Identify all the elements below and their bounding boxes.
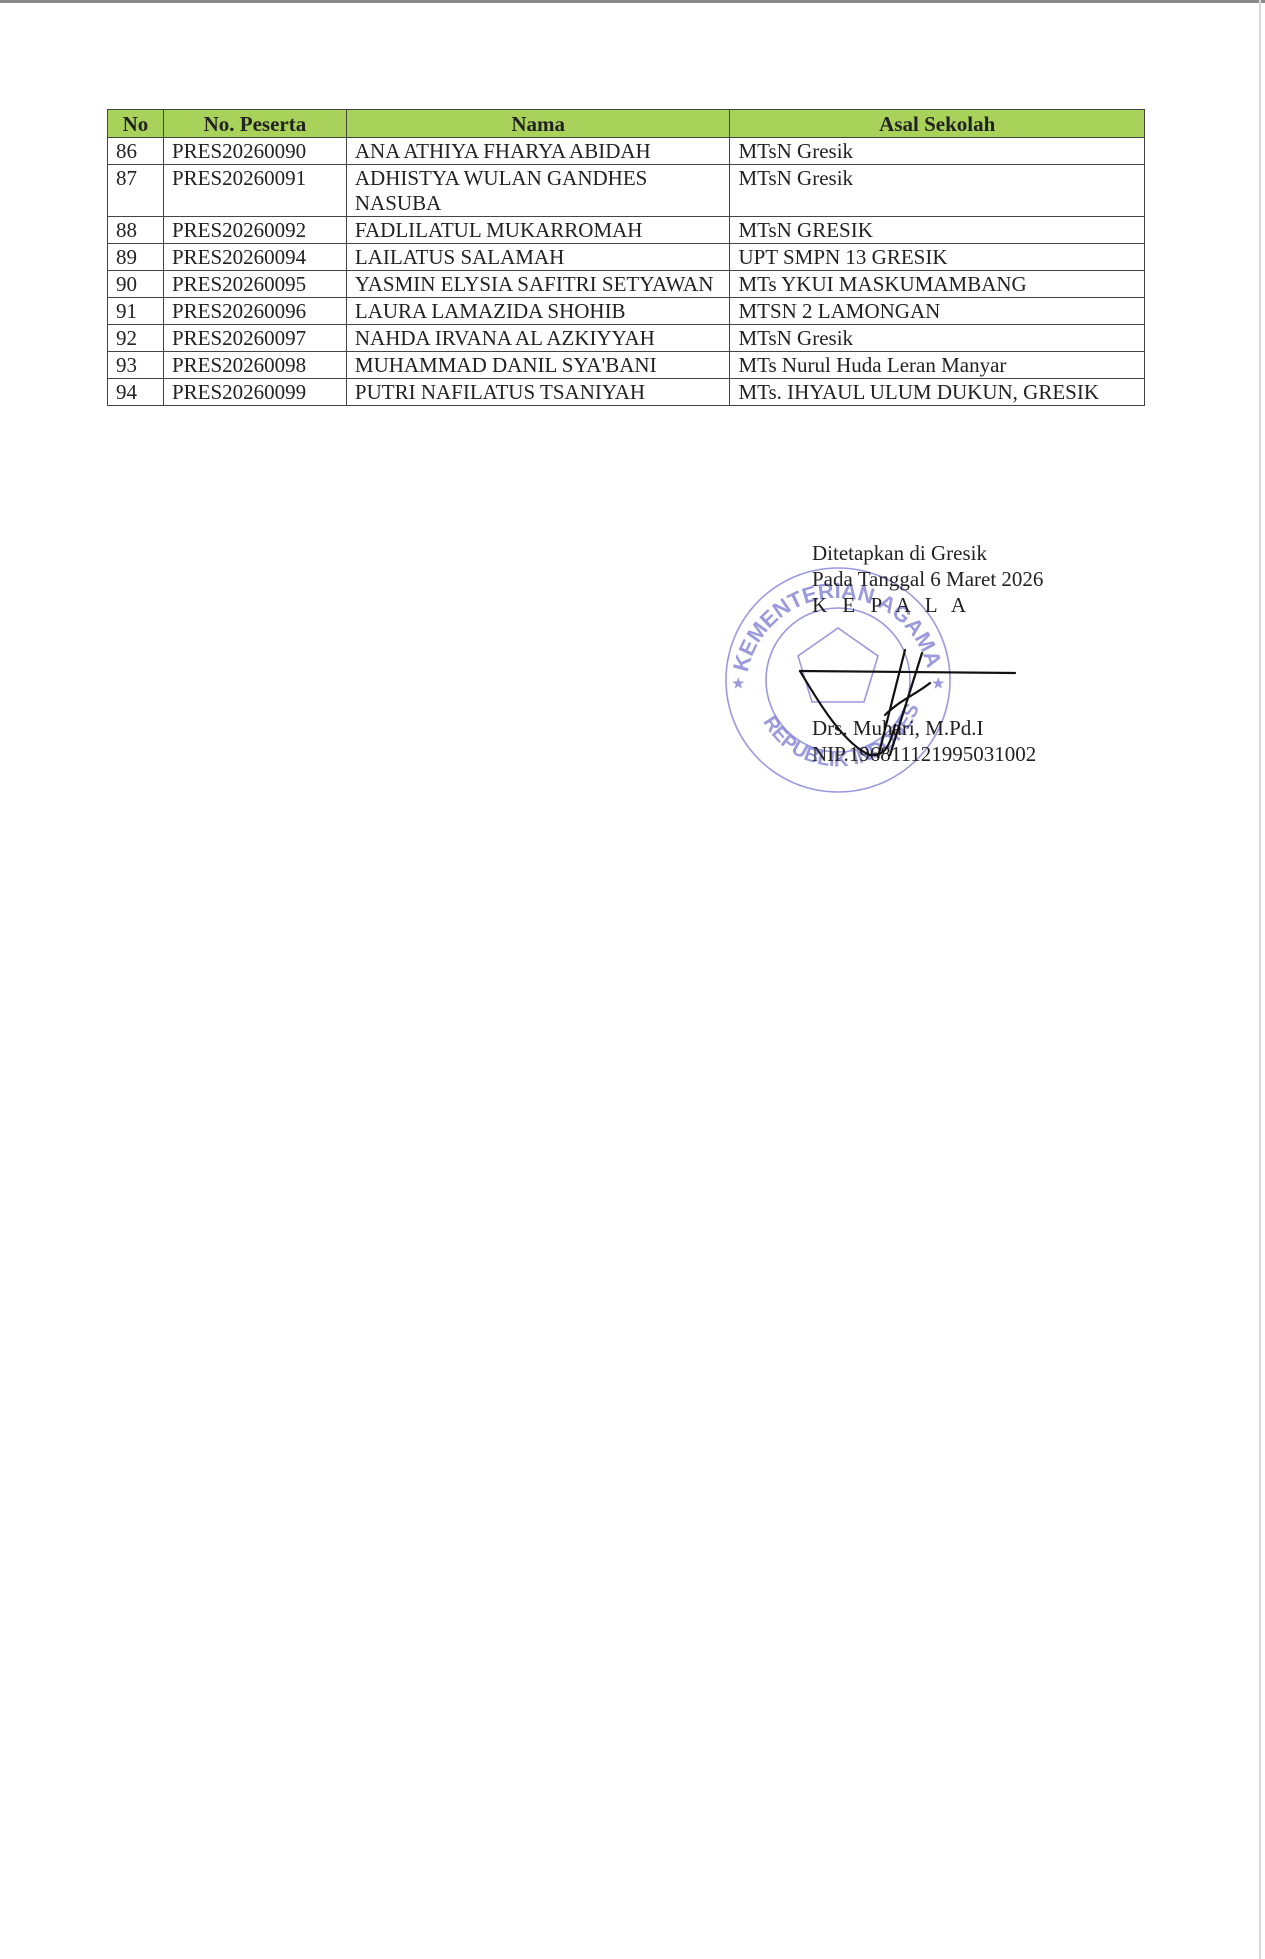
cell-no-peserta: PRES20260092 <box>163 217 346 244</box>
place-text: Ditetapkan di Gresik <box>812 540 1043 566</box>
cell-asal-sekolah: MTSN 2 LAMONGAN <box>730 298 1145 325</box>
cell-nama: LAILATUS SALAMAH <box>346 244 730 271</box>
cell-nama: LAURA LAMAZIDA SHOHIB <box>346 298 730 325</box>
table-row: 90PRES20260095YASMIN ELYSIA SAFITRI SETY… <box>108 271 1145 298</box>
table-row: 89PRES20260094LAILATUS SALAMAHUPT SMPN 1… <box>108 244 1145 271</box>
cell-no-peserta: PRES20260094 <box>163 244 346 271</box>
table-row: 91PRES20260096LAURA LAMAZIDA SHOHIBMTSN … <box>108 298 1145 325</box>
cell-no: 87 <box>108 165 164 217</box>
table-row: 93PRES20260098MUHAMMAD DANIL SYA'BANIMTs… <box>108 352 1145 379</box>
header-asal-sekolah: Asal Sekolah <box>730 110 1145 138</box>
table-row: 94PRES20260099PUTRI NAFILATUS TSANIYAHMT… <box>108 379 1145 406</box>
cell-nama: YASMIN ELYSIA SAFITRI SETYAWAN <box>346 271 730 298</box>
table-row: 87PRES20260091ADHISTYA WULAN GANDHES NAS… <box>108 165 1145 217</box>
cell-no-peserta: PRES20260098 <box>163 352 346 379</box>
cell-no-peserta: PRES20260097 <box>163 325 346 352</box>
cell-asal-sekolah: MTs Nurul Huda Leran Manyar <box>730 352 1145 379</box>
cell-asal-sekolah: UPT SMPN 13 GRESIK <box>730 244 1145 271</box>
cell-no: 89 <box>108 244 164 271</box>
cell-no-peserta: PRES20260090 <box>163 138 346 165</box>
cell-asal-sekolah: MTsN Gresik <box>730 165 1145 217</box>
cell-no-peserta: PRES20260091 <box>163 165 346 217</box>
svg-text:★: ★ <box>732 675 745 691</box>
header-no-peserta: No. Peserta <box>163 110 346 138</box>
cell-no-peserta: PRES20260099 <box>163 379 346 406</box>
table-row: 92PRES20260097NAHDA IRVANA AL AZKIYYAHMT… <box>108 325 1145 352</box>
table-row: 86PRES20260090ANA ATHIYA FHARYA ABIDAHMT… <box>108 138 1145 165</box>
table-header-row: No No. Peserta Nama Asal Sekolah <box>108 110 1145 138</box>
cell-nama: MUHAMMAD DANIL SYA'BANI <box>346 352 730 379</box>
cell-no: 92 <box>108 325 164 352</box>
cell-nama: ADHISTYA WULAN GANDHES NASUBA <box>346 165 730 217</box>
cell-no-peserta: PRES20260096 <box>163 298 346 325</box>
cell-no: 93 <box>108 352 164 379</box>
signature-block: Ditetapkan di Gresik Pada Tanggal 6 Mare… <box>812 540 1043 767</box>
date-text: Pada Tanggal 6 Maret 2026 <box>812 566 1043 592</box>
cell-nama: PUTRI NAFILATUS TSANIYAH <box>346 379 730 406</box>
cell-asal-sekolah: MTs YKUI MASKUMAMBANG <box>730 271 1145 298</box>
cell-no: 91 <box>108 298 164 325</box>
cell-no: 88 <box>108 217 164 244</box>
cell-no-peserta: PRES20260095 <box>163 271 346 298</box>
cell-asal-sekolah: MTsN Gresik <box>730 138 1145 165</box>
signer-nip: NIP.196811121995031002 <box>812 741 1043 767</box>
participant-table: No No. Peserta Nama Asal Sekolah 86PRES2… <box>107 109 1145 406</box>
cell-asal-sekolah: MTsN Gresik <box>730 325 1145 352</box>
signer-name: Drs. Muhari, M.Pd.I <box>812 715 1043 741</box>
cell-nama: FADLILATUL MUKARROMAH <box>346 217 730 244</box>
page-top-border <box>0 0 1265 3</box>
cell-no: 94 <box>108 379 164 406</box>
cell-asal-sekolah: MTsN GRESIK <box>730 217 1145 244</box>
cell-asal-sekolah: MTs. IHYAUL ULUM DUKUN, GRESIK <box>730 379 1145 406</box>
cell-nama: NAHDA IRVANA AL AZKIYYAH <box>346 325 730 352</box>
title-text: K E P A L A <box>812 592 1043 618</box>
header-nama: Nama <box>346 110 730 138</box>
header-no: No <box>108 110 164 138</box>
cell-nama: ANA ATHIYA FHARYA ABIDAH <box>346 138 730 165</box>
cell-no: 90 <box>108 271 164 298</box>
page-right-border <box>1259 0 1261 1959</box>
table-row: 88PRES20260092FADLILATUL MUKARROMAHMTsN … <box>108 217 1145 244</box>
cell-no: 86 <box>108 138 164 165</box>
